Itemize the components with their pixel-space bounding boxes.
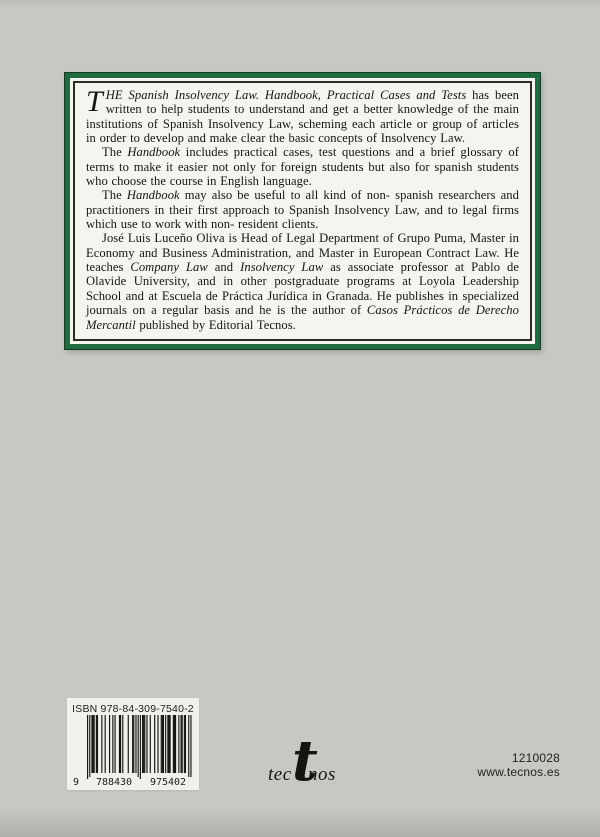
- barcode-digits-left-group: 788430: [89, 777, 139, 788]
- publisher-info: 1210028 www.tecnos.es: [477, 752, 560, 779]
- top-shade: [0, 0, 600, 10]
- blurb-paragraph: José Luis Luceño Oliva is Head of Legal …: [86, 231, 519, 331]
- blurb-paragraph: The Handbook includes practical cases, t…: [86, 145, 519, 188]
- tecnos-logo: tec t nos: [268, 742, 348, 804]
- blurb-paragraph: THE Spanish Insolvency Law. Handbook, Pr…: [86, 88, 519, 145]
- blurb-frame-gap: THE Spanish Insolvency Law. Handbook, Pr…: [70, 78, 535, 344]
- book-back-cover: { "colors": { "bg": "#c9c7c3", "green": …: [0, 0, 600, 837]
- blurb-inner-border: THE Spanish Insolvency Law. Handbook, Pr…: [73, 81, 532, 341]
- logo-word-left: tec: [268, 764, 292, 786]
- barcode-box: ISBN 978-84-309-7540-2 9 788430 975402: [67, 698, 199, 790]
- product-code: 1210028: [477, 752, 560, 766]
- isbn-label: ISBN 978-84-309-7540-2: [67, 698, 199, 715]
- barcode-digit-lead: 9: [73, 777, 79, 788]
- ean-barcode: [67, 715, 199, 781]
- bottom-shade: [0, 807, 600, 837]
- logo-word-right: nos: [308, 764, 336, 786]
- barcode-digits-right-group: 975402: [143, 777, 193, 788]
- blurb-green-frame: THE Spanish Insolvency Law. Handbook, Pr…: [64, 72, 541, 350]
- blurb-paragraph: The Handbook may also be useful to all k…: [86, 188, 519, 231]
- blurb-text: THE Spanish Insolvency Law. Handbook, Pr…: [75, 83, 530, 339]
- drop-cap-letter: T: [86, 88, 106, 113]
- publisher-website: www.tecnos.es: [477, 766, 560, 780]
